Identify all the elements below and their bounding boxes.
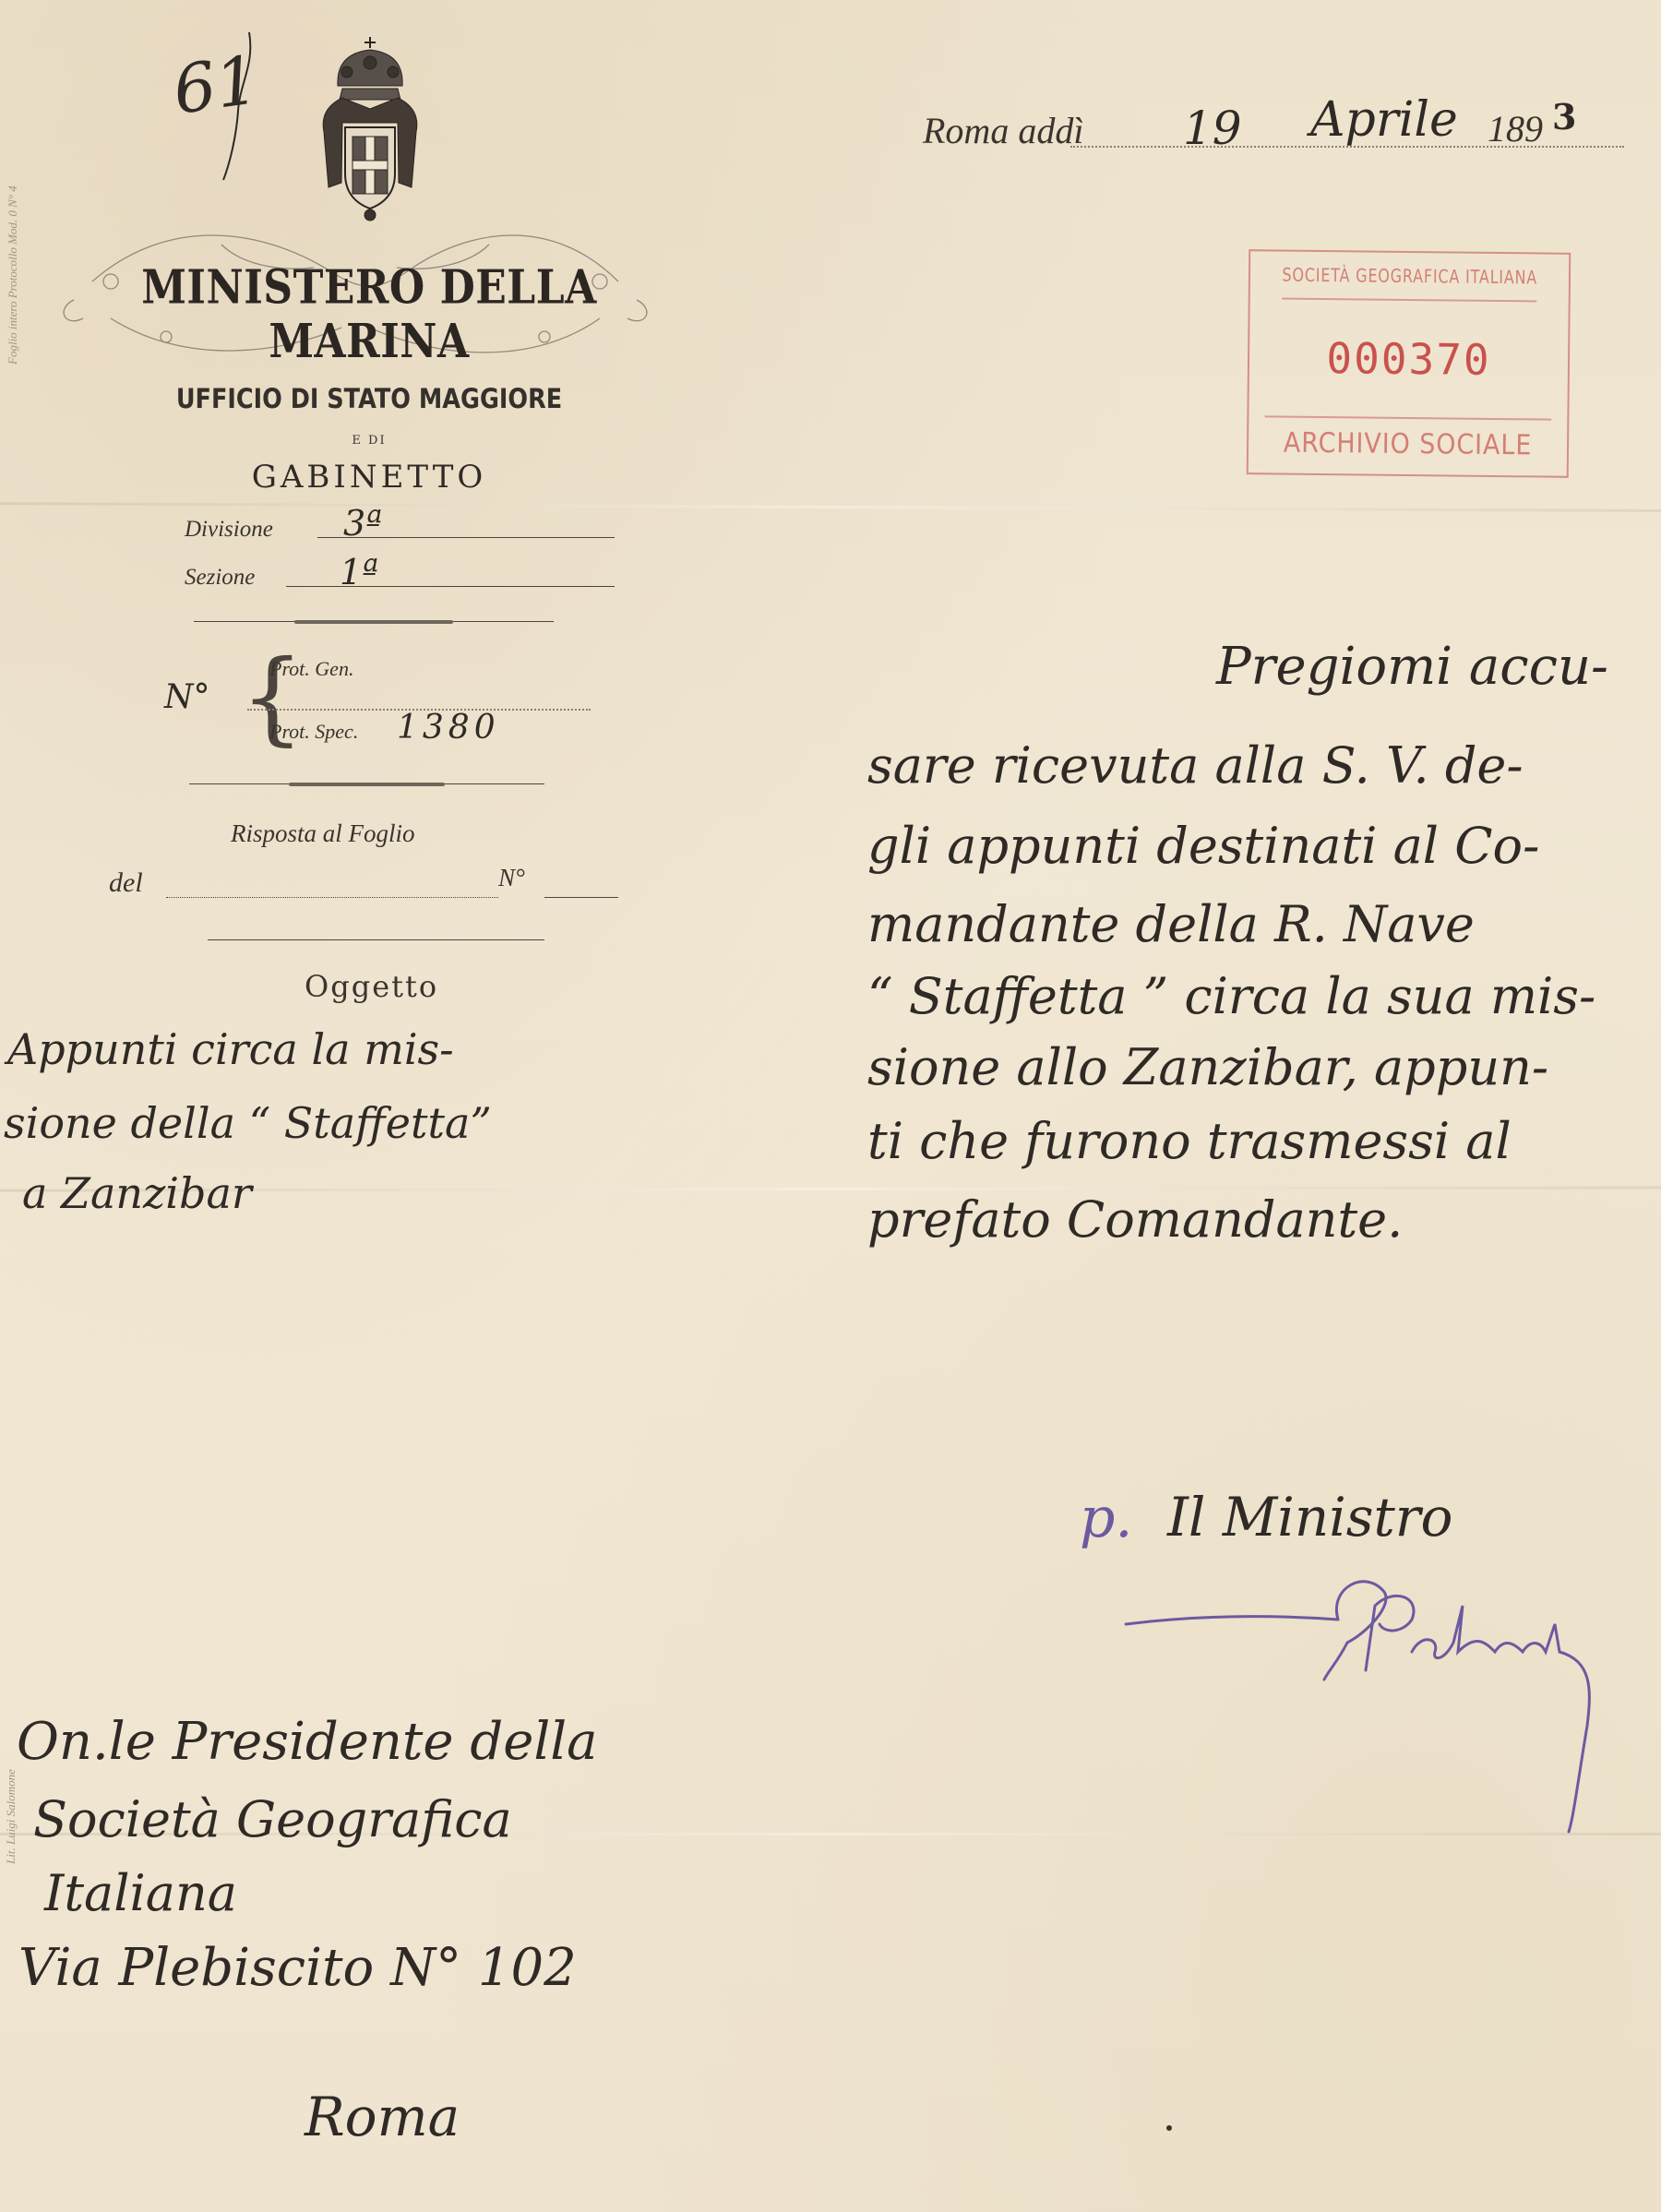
side-print-form-model: Foglio intero Protocollo Mod. 0 N° 4 [6, 185, 20, 365]
addressee-line: Via Plebiscito N° 102 [18, 1938, 577, 1998]
stamp-society-name: SOCIETÀ GEOGRAFICA ITALIANA [1282, 252, 1537, 303]
body-line: Pregiomi accu- [1216, 637, 1608, 697]
cabinet-title: GABINETTO [185, 459, 554, 496]
body-line: ti che furono trasmessi al [867, 1112, 1512, 1170]
stamp-archive-number: 000370 [1249, 299, 1568, 419]
body-line: prefato Comandante. [867, 1190, 1403, 1249]
reply-no-line [544, 897, 618, 898]
subject-line: a Zanzibar [22, 1168, 252, 1218]
dateline-month: Aprile [1310, 92, 1458, 148]
office-conjunction: E DI [323, 434, 415, 448]
ornamental-rule [208, 939, 544, 940]
body-line: sare ricevuta alla S. V. de- [867, 736, 1524, 795]
subject-label: Oggetto [305, 969, 438, 1004]
signature-text: G. Palumbo [1255, 1652, 1261, 1653]
section-label: Sezione [185, 565, 255, 591]
reply-del-line [166, 897, 498, 898]
minister-signature [1089, 1513, 1606, 1864]
prot-spec-value: 1380 [397, 709, 500, 747]
dateline-year-printed: 189 [1488, 107, 1543, 150]
office-title: UFFICIO DI STATO MAGGIORE [166, 383, 572, 414]
ornamental-rule [189, 783, 544, 786]
protocol-prefix: N° [164, 678, 210, 716]
body-line: “ Staffetta ” circa la sua mis- [867, 967, 1595, 1025]
royal-crest-icon [301, 35, 439, 224]
reply-del-label: del [109, 867, 143, 899]
division-label: Divisione [185, 517, 273, 543]
side-print-lithographer: Lit. Luigi Salomone [4, 1769, 18, 1864]
prot-spec-label: Prot. Spec. [269, 720, 358, 744]
addressee-line: Società Geografica [33, 1790, 512, 1848]
prot-gen-label: Prot. Gen. [269, 657, 353, 681]
body-line: sione allo Zanzibar, appun- [867, 1038, 1548, 1096]
reply-no-label: N° [498, 864, 525, 892]
archive-bracket-stroke [212, 28, 268, 185]
archive-stamp: SOCIETÀ GEOGRAFICA ITALIANA 000370 ARCHI… [1247, 249, 1571, 478]
ornamental-rule [194, 620, 554, 624]
subject-line: sione della “ Staffetta” [4, 1098, 492, 1148]
dateline-place: Roma addì [923, 109, 1083, 152]
section-line [286, 586, 615, 587]
body-line: gli appunti destinati al Co- [867, 817, 1539, 875]
body-line: mandante della R. Nave [867, 895, 1475, 953]
subject-line: Appunti circa la mis- [7, 1024, 454, 1074]
dateline-year-handwritten: 3 [1552, 96, 1576, 138]
stamp-archive-label: ARCHIVIO SOCIALE [1264, 415, 1551, 472]
division-line [317, 537, 615, 538]
addressee-line: On.le Presidente della [17, 1712, 598, 1772]
ministry-title: MINISTERO DELLA MARINA [92, 260, 646, 368]
ink-dot [1166, 2125, 1172, 2131]
addressee-city: Roma [305, 2086, 460, 2148]
dateline-dotted-line [1070, 146, 1624, 148]
reply-label: Risposta al Foglio [231, 819, 415, 848]
paper-fold-crease [0, 502, 1661, 512]
addressee-line: Italiana [44, 1864, 237, 1922]
